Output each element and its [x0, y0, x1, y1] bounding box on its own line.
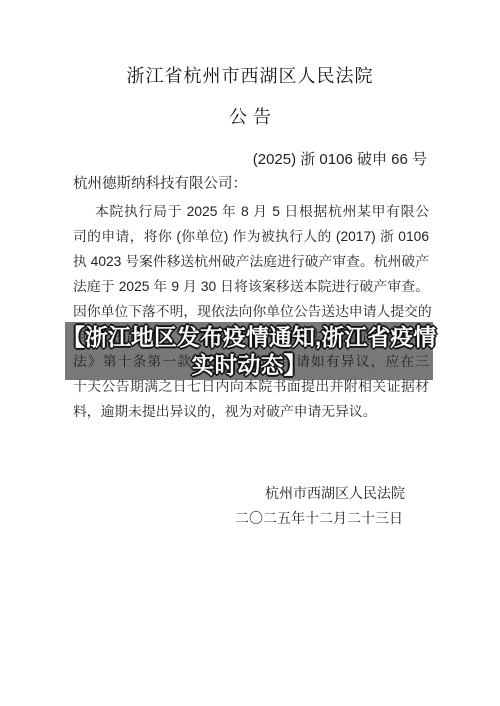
issue-date: 二〇二五年十二月二十三日 — [0, 506, 403, 531]
court-announcement-page: 浙江省杭州市西湖区人民法院 公告 (2025) 浙 0106 破申 66 号 杭… — [0, 0, 500, 706]
document-type-title: 公告 — [0, 105, 500, 131]
body-line: 法庭于 2025 年 9 月 30 日将该案移送本院进行破产审查。 — [73, 274, 429, 299]
announcement-body: 本院执行局于 2025 年 8 月 5 日根据杭州某甲有限公 司的申请，将你 (… — [73, 199, 429, 424]
body-line: 本院执行局于 2025 年 8 月 5 日根据杭州某甲有限公 — [73, 199, 429, 224]
case-number: (2025) 浙 0106 破申 66 号 — [0, 147, 427, 172]
body-line: 执 4023 号案件移送杭州破产法庭进行破产审查。杭州破产 — [73, 249, 429, 274]
overlay-banner-text-line2: 实时动态】 — [192, 351, 307, 379]
body-line: 料，逾期未提出异议的，视为对破产申请无异议。 — [73, 399, 429, 424]
addressee-line: 杭州德斯纳科技有限公司： — [73, 172, 247, 197]
overlay-banner-text-line1: 【浙江地区发布疫情通知,浙江省疫情 — [62, 323, 436, 351]
court-title: 浙江省杭州市西湖区人民法院 — [0, 64, 500, 90]
issuing-court-signature: 杭州市西湖区人民法院 — [0, 481, 405, 506]
body-line: 因你单位下落不明，现依法向你单位公告送达申请人提交的 — [73, 299, 429, 324]
body-line: 司的申请，将你 (你单位) 作为被执行人的 (2017) 浙 0106 — [73, 224, 429, 249]
overlay-banner: 【浙江地区发布疫情通知,浙江省疫情 实时动态】 — [65, 322, 433, 380]
